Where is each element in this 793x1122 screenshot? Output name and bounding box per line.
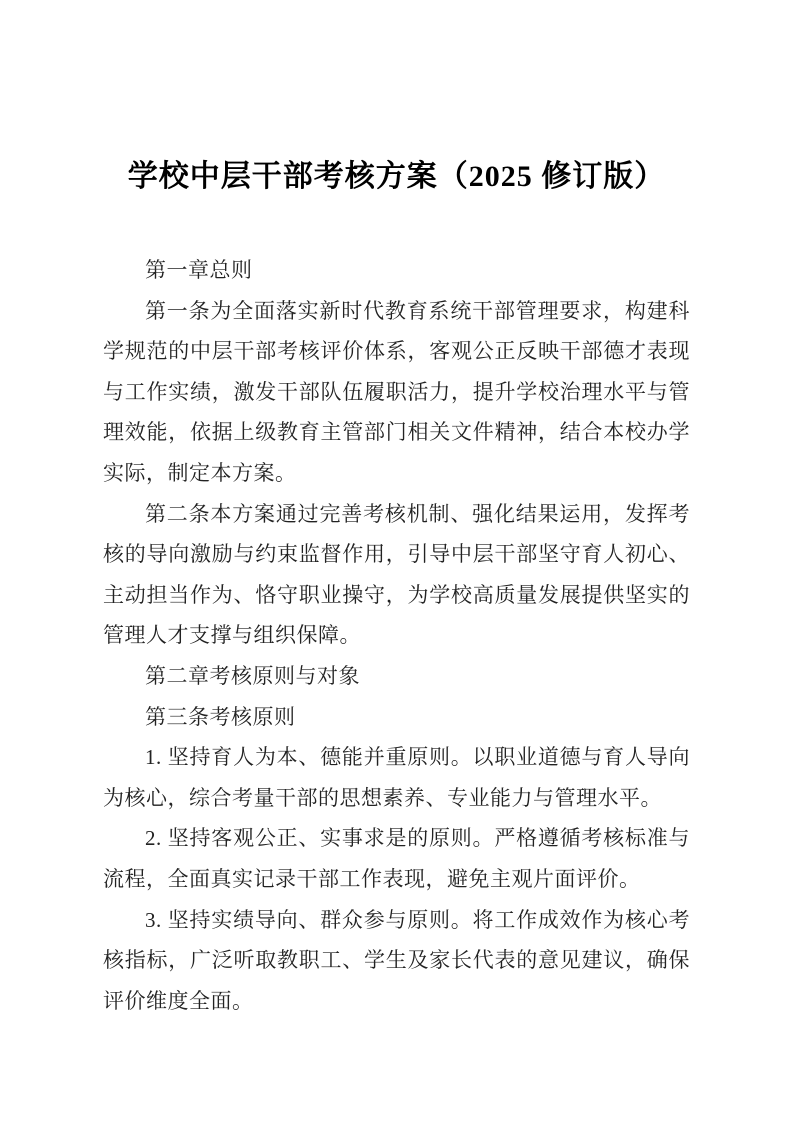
document-title: 学校中层干部考核方案（2025 修订版） <box>103 155 690 199</box>
numbered-item: 1. 坚持育人为本、德能并重原则。以职业道德与育人导向为核心，综合考量干部的思想… <box>103 737 690 818</box>
document-page: 学校中层干部考核方案（2025 修订版） 第一章总则 第一条为全面落实新时代教育… <box>0 0 793 1122</box>
chapter-heading: 第一章总则 <box>103 250 690 291</box>
paragraph: 第二条本方案通过完善考核机制、强化结果运用，发挥考核的导向激励与约束监督作用，引… <box>103 494 690 656</box>
section-heading: 第三条考核原则 <box>103 697 690 738</box>
numbered-item: 2. 坚持客观公正、实事求是的原则。严格遵循考核标准与流程，全面真实记录干部工作… <box>103 818 690 899</box>
paragraph: 第一条为全面落实新时代教育系统干部管理要求，构建科学规范的中层干部考核评价体系，… <box>103 291 690 494</box>
numbered-item: 3. 坚持实绩导向、群众参与原则。将工作成效作为核心考核指标，广泛听取教职工、学… <box>103 900 690 1022</box>
chapter-heading: 第二章考核原则与对象 <box>103 656 690 697</box>
document-body: 第一章总则 第一条为全面落实新时代教育系统干部管理要求，构建科学规范的中层干部考… <box>103 250 690 1021</box>
